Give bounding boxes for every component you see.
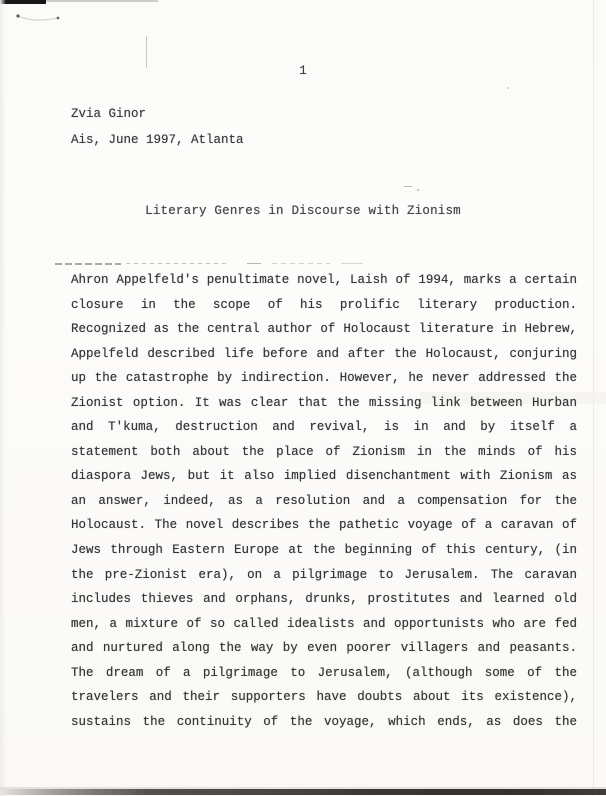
body-line: the pre-Zionist era), on a pilgrimage to… <box>71 563 577 588</box>
smudge-mark <box>247 263 261 264</box>
author-name: Zvia Ginor <box>71 102 244 128</box>
scan-edge-shade <box>0 0 6 796</box>
byline: Ais, June 1997, Atlanta <box>71 128 244 154</box>
body-line: diaspora Jews, but it also implied disen… <box>71 464 577 489</box>
body-line: Jews through Eastern Europe at the begin… <box>71 538 577 563</box>
smudge-mark <box>126 263 226 264</box>
document-title: Literary Genres in Discourse with Zionis… <box>0 204 606 218</box>
scan-speck <box>507 87 509 89</box>
body-line: Zionist option. It was clear that the mi… <box>71 391 577 416</box>
body-line: and nurtured along the way by even poore… <box>71 636 577 661</box>
smudge-mark <box>55 263 121 265</box>
body-line: sustains the continuity of the voyage, w… <box>71 710 577 735</box>
body-line: closure in the scope of his prolific lit… <box>71 293 577 318</box>
body-line: Appelfeld described life before and afte… <box>71 342 577 367</box>
body-line: up the catastrophe by indirection. Howev… <box>71 366 577 391</box>
body-line: men, a mixture of so called idealists an… <box>71 612 577 637</box>
body-line: an answer, indeed, as a resolution and a… <box>71 489 577 514</box>
body-line: The dream of a pilgrimage to Jerusalem, … <box>71 661 577 686</box>
body-line: Holocaust. The novel describes the pathe… <box>71 513 577 538</box>
scan-edge-artifact <box>46 0 158 2</box>
scan-speck <box>404 186 412 187</box>
body-line: Ahron Appelfeld's penultimate novel, Lai… <box>71 268 577 293</box>
body-line: Recognized as the central author of Holo… <box>71 317 577 342</box>
scanned-document-page: 1 Zvia Ginor Ais, June 1997, Atlanta Lit… <box>0 0 606 796</box>
scan-edge-artifact <box>0 0 46 4</box>
author-block: Zvia Ginor Ais, June 1997, Atlanta <box>71 102 244 153</box>
pencil-mark <box>15 11 63 25</box>
body-line: statement both about the place of Zionis… <box>71 440 577 465</box>
body-line: includes thieves and orphans, drunks, pr… <box>71 587 577 612</box>
body-paragraph: Ahron Appelfeld's penultimate novel, Lai… <box>71 268 577 734</box>
scan-bottom-edge <box>0 789 606 795</box>
scan-speck <box>417 189 419 191</box>
body-line: and T'kuma, destruction and revival, is … <box>71 415 577 440</box>
page-number: 1 <box>0 64 606 78</box>
smudge-mark <box>272 263 330 264</box>
smudge-mark <box>341 263 363 264</box>
body-line: travelers and their supporters have doub… <box>71 685 577 710</box>
